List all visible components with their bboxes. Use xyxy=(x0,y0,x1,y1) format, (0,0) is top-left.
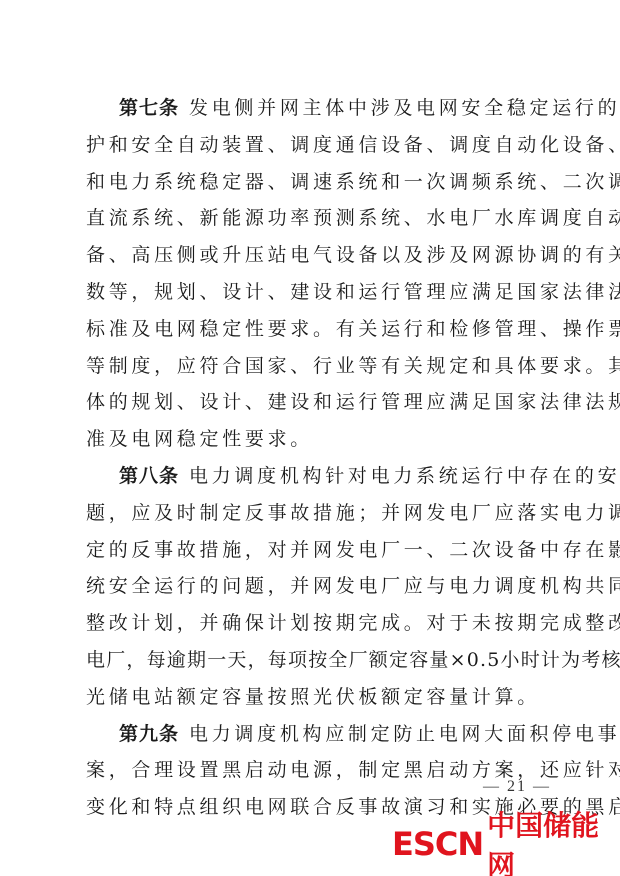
text-line: 题，应及时制定反事故措施；并网发电厂应落实电力调度机构制 xyxy=(86,495,546,532)
text-line: 标准及电网稳定性要求。有关运行和检修管理、操作票和工作票 xyxy=(86,311,546,348)
text-line: 等制度，应符合国家、行业等有关规定和具体要求。其他并网主 xyxy=(86,348,546,385)
text-line: 定的反事故措施，对并网发电厂一、二次设备中存在影响电力系 xyxy=(86,532,546,569)
text-line-content: 定的反事故措施，对并网发电厂一、二次设备中存在影响电力系 xyxy=(86,532,546,569)
page-number: — 21 — xyxy=(483,778,551,796)
logo-latin-text: ESCN xyxy=(392,825,483,863)
text-line: 直流系统、新能源功率预测系统、水电厂水库调度自动化系统设 xyxy=(86,200,546,237)
text-line-content: 整改计划，并确保计划按期完成。对于未按期完成整改的并网发 xyxy=(86,605,546,642)
text-line-content: 统安全运行的问题，并网发电厂应与电力调度机构共同制定相应 xyxy=(86,568,546,605)
article-8: 第八条 电力调度机构针对电力系统运行中存在的安全问 题，应及时制定反事故措施；并… xyxy=(86,458,546,716)
text-line-content: 变化和特点组织电网联合反事故演习和实施必要的黑启动试验。 xyxy=(86,789,546,826)
text-line: 数等，规划、设计、建设和运行管理应满足国家法律法规、行业 xyxy=(86,274,546,311)
text-line: 案，合理设置黑启动电源，制定黑启动方案，还应针对电网方式 xyxy=(86,752,546,789)
text-line: 电厂，每逾期一天，每项按全厂额定容量×0.5小时计为考核电量。 xyxy=(86,642,546,679)
text-line-content: 题，应及时制定反事故措施；并网发电厂应落实电力调度机构制 xyxy=(86,495,546,532)
logo-cjk-text: 中国储能网 xyxy=(487,804,620,876)
text-line: 护和安全自动装置、调度通信设备、调度自动化设备、励磁系统 xyxy=(86,127,546,164)
text-line-content: 电厂，每逾期一天，每项按全厂额定容量×0.5小时计为考核电量。 xyxy=(86,642,546,679)
article-heading: 第九条 xyxy=(119,716,179,753)
text-line-content: 准及电网稳定性要求。 xyxy=(86,421,546,458)
article-first-line: 第九条 电力调度机构应制定防止电网大面积停电事故预 xyxy=(86,716,546,753)
text-line-content: 直流系统、新能源功率预测系统、水电厂水库调度自动化系统设 xyxy=(86,200,546,237)
text-line: 电力调度机构应制定防止电网大面积停电事故预 xyxy=(189,716,620,753)
text-line: 和电力系统稳定器、调速系统和一次调频系统、二次调频、调压、 xyxy=(86,164,546,201)
article-heading: 第八条 xyxy=(119,458,179,495)
text-line-content: 等制度，应符合国家、行业等有关规定和具体要求。其他并网主 xyxy=(86,348,546,385)
text-line: 变化和特点组织电网联合反事故演习和实施必要的黑启动试验。 xyxy=(86,789,546,826)
text-line: 整改计划，并确保计划按期完成。对于未按期完成整改的并网发 xyxy=(86,605,546,642)
text-line: 准及电网稳定性要求。 xyxy=(86,421,546,458)
text-line: 光储电站额定容量按照光伏板额定容量计算。 xyxy=(86,679,546,716)
document-body: 第七条 发电侧并网主体中涉及电网安全稳定运行的继电保 护和安全自动装置、调度通信… xyxy=(86,90,546,826)
text-line: 体的规划、设计、建设和运行管理应满足国家法律法规、行业标 xyxy=(86,384,546,421)
text-line: 备、高压侧或升压站电气设备以及涉及网源协调的有关设备和参 xyxy=(86,237,546,274)
text-line-content: 备、高压侧或升压站电气设备以及涉及网源协调的有关设备和参 xyxy=(86,237,546,274)
text-line: 发电侧并网主体中涉及电网安全稳定运行的继电保 xyxy=(189,90,620,127)
text-line-content: 光储电站额定容量按照光伏板额定容量计算。 xyxy=(86,679,546,716)
text-line-content: 标准及电网稳定性要求。有关运行和检修管理、操作票和工作票 xyxy=(86,311,546,348)
article-heading: 第七条 xyxy=(119,90,179,127)
text-line-content: 护和安全自动装置、调度通信设备、调度自动化设备、励磁系统 xyxy=(86,127,546,164)
text-line-content: 体的规划、设计、建设和运行管理应满足国家法律法规、行业标 xyxy=(86,384,546,421)
text-line-content: 数等，规划、设计、建设和运行管理应满足国家法律法规、行业 xyxy=(86,274,546,311)
text-line-content: 案，合理设置黑启动电源，制定黑启动方案，还应针对电网方式 xyxy=(86,752,546,789)
escn-watermark-logo: ESCN 中国储能网 xyxy=(392,826,620,862)
text-line: 电力调度机构针对电力系统运行中存在的安全问 xyxy=(189,458,620,495)
text-line: 统安全运行的问题，并网发电厂应与电力调度机构共同制定相应 xyxy=(86,568,546,605)
text-line-content: 和电力系统稳定器、调速系统和一次调频系统、二次调频、调压、 xyxy=(86,164,546,201)
article-first-line: 第八条 电力调度机构针对电力系统运行中存在的安全问 xyxy=(86,458,546,495)
article-first-line: 第七条 发电侧并网主体中涉及电网安全稳定运行的继电保 xyxy=(86,90,546,127)
article-9: 第九条 电力调度机构应制定防止电网大面积停电事故预 案，合理设置黑启动电源，制定… xyxy=(86,716,546,826)
article-7: 第七条 发电侧并网主体中涉及电网安全稳定运行的继电保 护和安全自动装置、调度通信… xyxy=(86,90,546,458)
